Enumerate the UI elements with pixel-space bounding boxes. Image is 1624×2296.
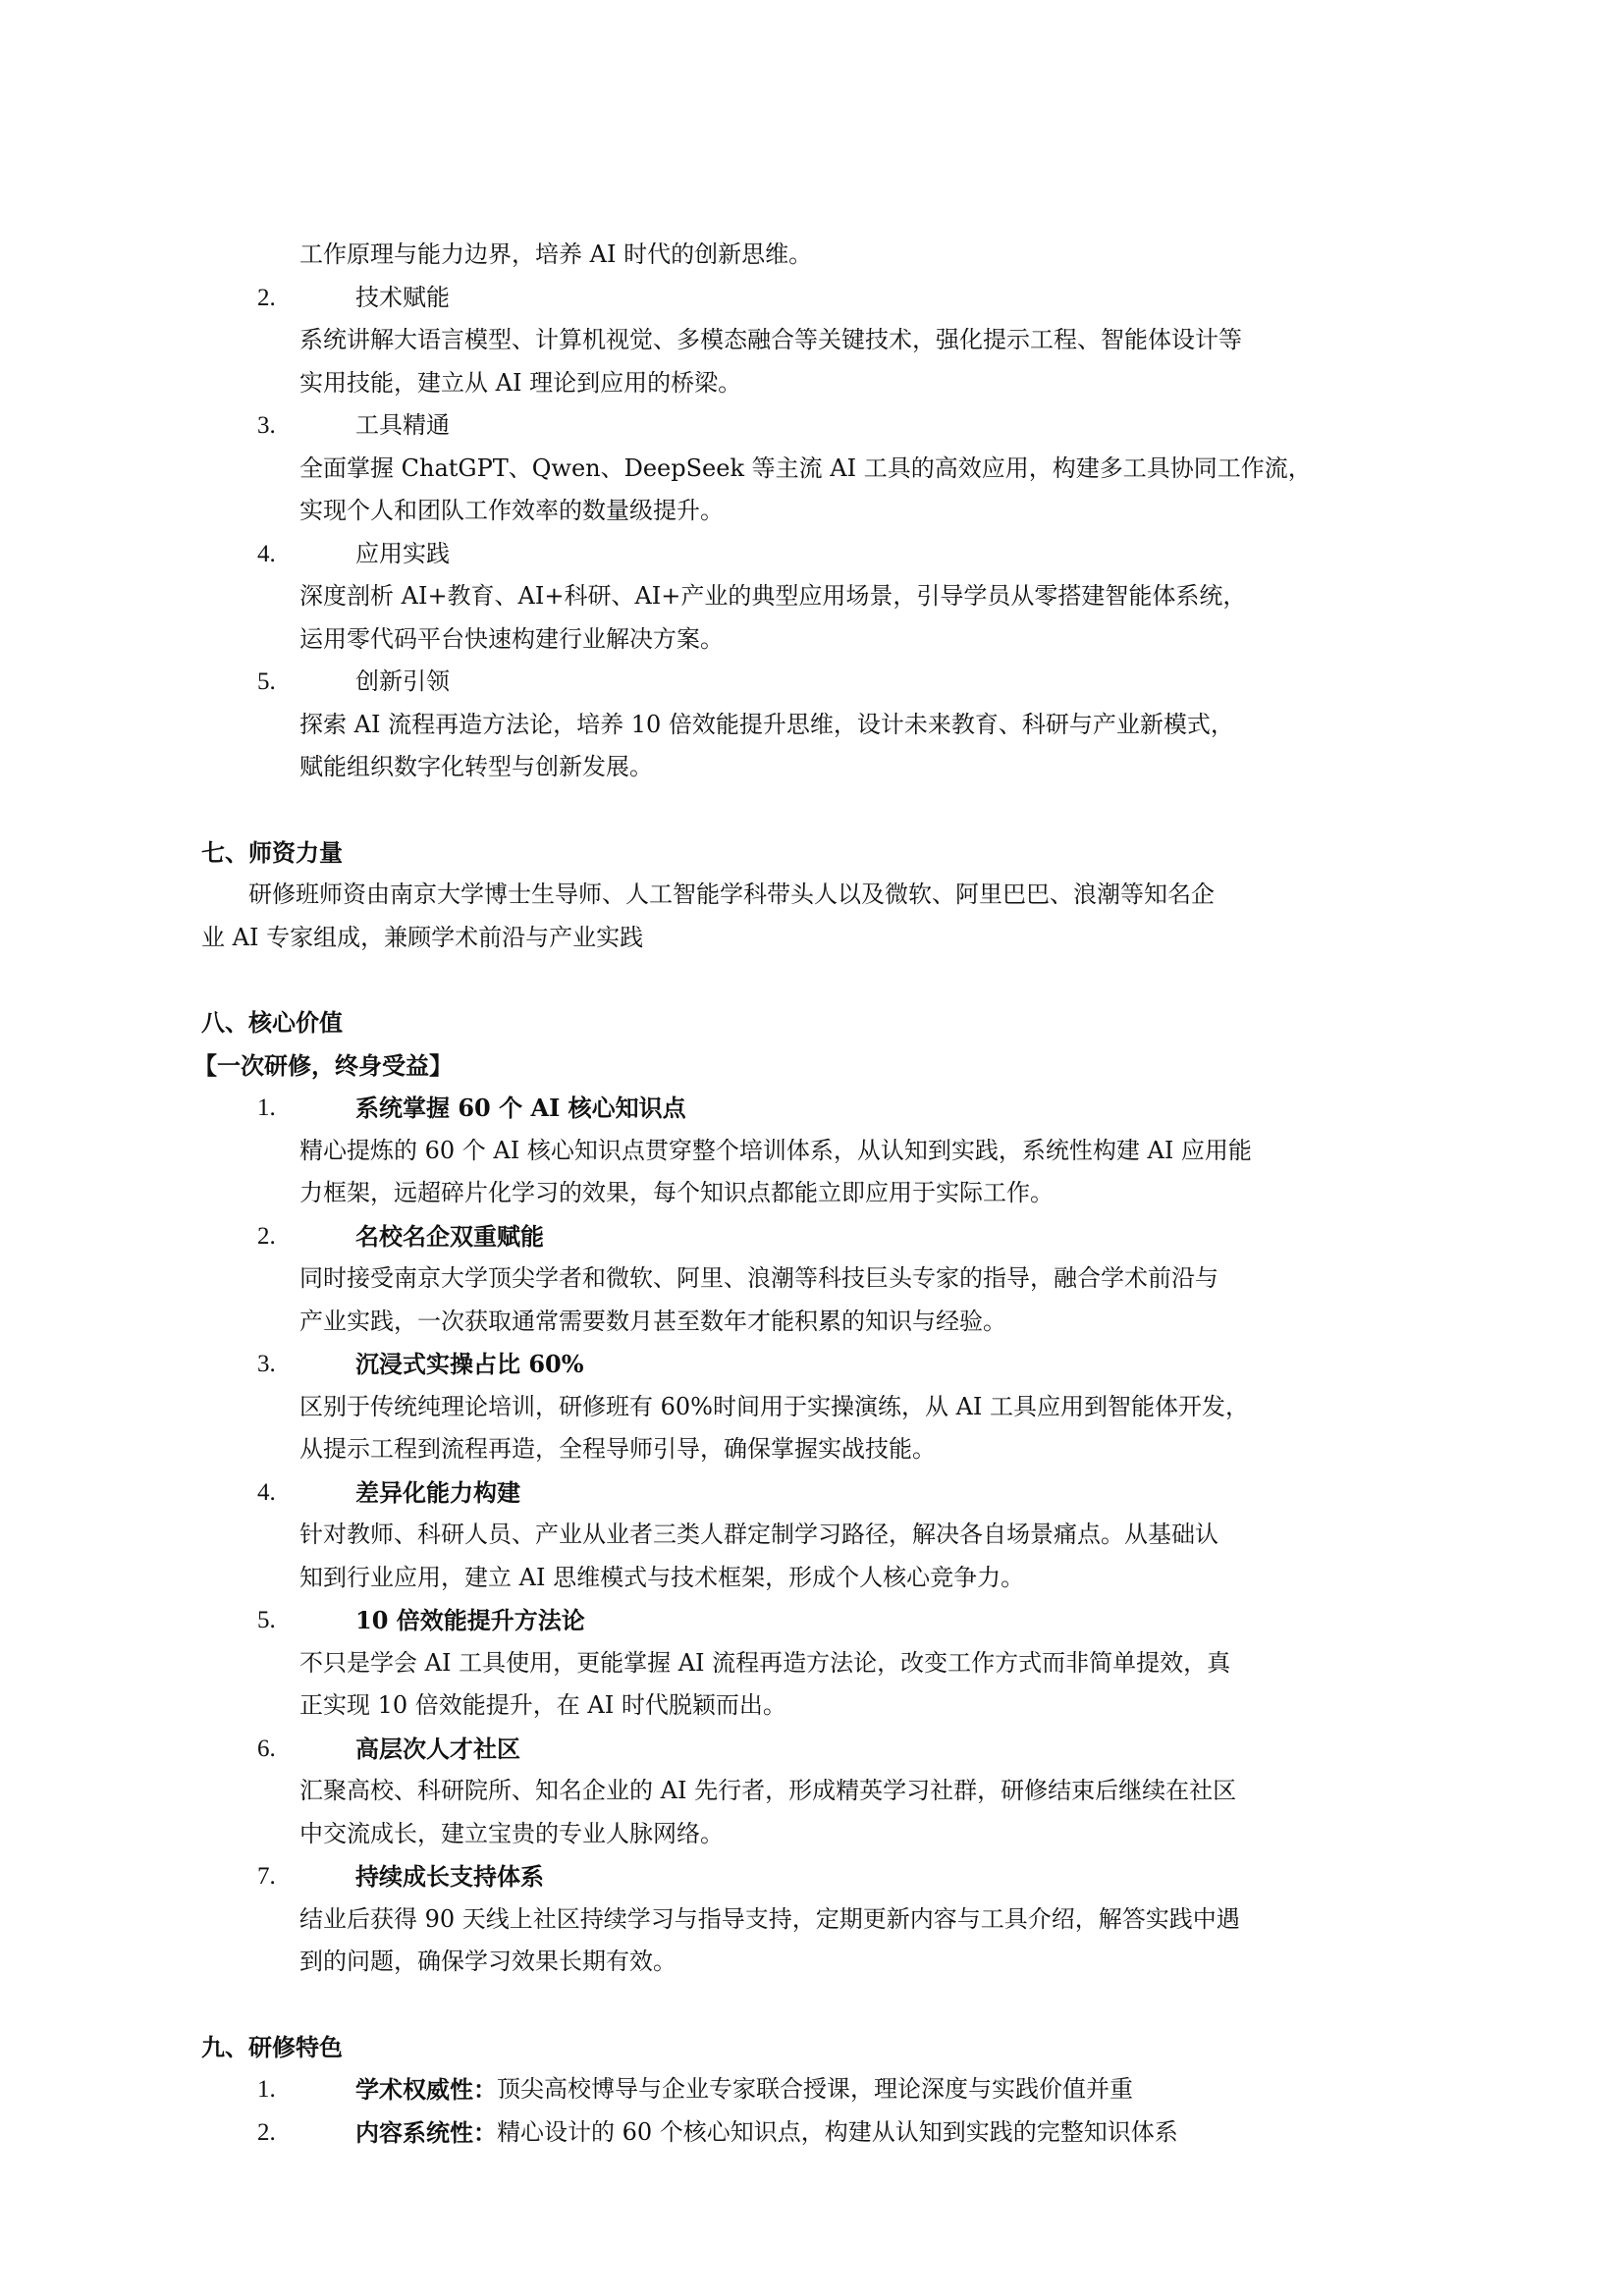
- feature-text: 精心设计的 60 个核心知识点，构建从认知到实践的完整知识体系: [497, 2111, 1178, 2155]
- goals-item: 2. 技术赋能 系统讲解大语言模型、计算机视觉、多模态融合等关键技术，强化提示工…: [201, 277, 1434, 405]
- item-title: 10 倍效能提升方法论: [313, 1599, 585, 1642]
- feature-item: 2. 内容系统性： 精心设计的 60 个核心知识点，构建从认知到实践的完整知识体…: [201, 2111, 1434, 2155]
- item-title: 工具精通: [313, 404, 450, 448]
- feature-label: 学术权威性：: [313, 2068, 497, 2111]
- item-body-line: 到的问题，确保学习效果长期有效。: [201, 1941, 1434, 1984]
- goals-item-header: 5. 创新引领: [201, 661, 1434, 704]
- item-title: 应用实践: [313, 533, 450, 576]
- goals-item: 5. 创新引领 探索 AI 流程再造方法论，培养 10 倍效能提升思维，设计未来…: [201, 661, 1434, 789]
- item-body-line: 中交流成长，建立宝贵的专业人脉网络。: [201, 1813, 1434, 1856]
- value-item-header: 2. 名校名企双重赋能: [201, 1215, 1434, 1258]
- section-faculty: 七、师资力量 研修班师资由南京大学博士生导师、人工智能学科带头人以及微软、阿里巴…: [201, 831, 1434, 960]
- section-subheading: 【一次研修，终身受益】: [193, 1044, 1434, 1088]
- item-body-line: 不只是学会 AI 工具使用，更能掌握 AI 流程再造方法论，改变工作方式而非简单…: [201, 1642, 1434, 1685]
- item-body-line: 探索 AI 流程再造方法论，培养 10 倍效能提升思维，设计未来教育、科研与产业…: [201, 704, 1434, 747]
- item-number: 2.: [201, 1215, 313, 1258]
- item-body-line: 产业实践，一次获取通常需要数月甚至数年才能积累的知识与经验。: [201, 1301, 1434, 1344]
- item-body-line: 力框架，远超碎片化学习的效果，每个知识点都能立即应用于实际工作。: [201, 1172, 1434, 1215]
- document-page: 工作原理与能力边界，培养 AI 时代的创新思维。 2. 技术赋能 系统讲解大语言…: [0, 0, 1624, 2296]
- item-body-line: 从提示工程到流程再造，全程导师引导，确保掌握实战技能。: [201, 1428, 1434, 1471]
- value-item: 5. 10 倍效能提升方法论 不只是学会 AI 工具使用，更能掌握 AI 流程再…: [201, 1599, 1434, 1728]
- value-item: 7. 持续成长支持体系 结业后获得 90 天线上社区持续学习与指导支持，定期更新…: [201, 1855, 1434, 1984]
- item-title: 技术赋能: [313, 277, 450, 320]
- feature-item: 1. 学术权威性： 顶尖高校博导与企业专家联合授课，理论深度与实践价值并重: [201, 2068, 1434, 2111]
- item-number: 4.: [201, 533, 313, 576]
- item-body-line: 精心提炼的 60 个 AI 核心知识点贯穿整个培训体系，从认知到实践，系统性构建…: [201, 1130, 1434, 1173]
- item-number: 4.: [201, 1471, 313, 1515]
- item-body-line: 运用零代码平台快速构建行业解决方案。: [201, 618, 1434, 662]
- item-title: 沉浸式实操占比 60%: [313, 1343, 584, 1386]
- feature-label: 内容系统性：: [313, 2111, 497, 2155]
- value-item-header: 3. 沉浸式实操占比 60%: [201, 1343, 1434, 1386]
- goals-list: 2. 技术赋能 系统讲解大语言模型、计算机视觉、多模态融合等关键技术，强化提示工…: [201, 277, 1434, 789]
- section-heading: 八、核心价值: [201, 1001, 1434, 1044]
- goals-item-header: 2. 技术赋能: [201, 277, 1434, 320]
- item-number: 2.: [201, 277, 313, 320]
- item-title: 高层次人才社区: [313, 1728, 520, 1771]
- item-number: 5.: [201, 1599, 313, 1642]
- item-title: 名校名企双重赋能: [313, 1215, 544, 1258]
- item-title: 差异化能力构建: [313, 1471, 520, 1515]
- item-number: 7.: [201, 1855, 313, 1898]
- item-body-line: 系统讲解大语言模型、计算机视觉、多模态融合等关键技术，强化提示工程、智能体设计等: [201, 319, 1434, 362]
- section-features: 九、研修特色 1. 学术权威性： 顶尖高校博导与企业专家联合授课，理论深度与实践…: [201, 2026, 1434, 2155]
- item-body-line: 实用技能，建立从 AI 理论到应用的桥梁。: [201, 362, 1434, 405]
- item-number: 1.: [201, 2068, 313, 2111]
- goals-item-header: 4. 应用实践: [201, 533, 1434, 576]
- item-number: 3.: [201, 404, 313, 448]
- value-item: 2. 名校名企双重赋能 同时接受南京大学顶尖学者和微软、阿里、浪潮等科技巨头专家…: [201, 1215, 1434, 1344]
- item-title: 系统掌握 60 个 AI 核心知识点: [313, 1087, 686, 1130]
- paragraph-line: 业 AI 专家组成，兼顾学术前沿与产业实践: [201, 917, 1434, 960]
- section-core-value: 八、核心价值 【一次研修，终身受益】 1. 系统掌握 60 个 AI 核心知识点…: [201, 1001, 1434, 1984]
- continued-paragraph-line: 工作原理与能力边界，培养 AI 时代的创新思维。: [201, 234, 1434, 277]
- value-item: 4. 差异化能力构建 针对教师、科研人员、产业从业者三类人群定制学习路径，解决各…: [201, 1471, 1434, 1600]
- value-item-header: 5. 10 倍效能提升方法论: [201, 1599, 1434, 1642]
- value-item-header: 6. 高层次人才社区: [201, 1728, 1434, 1771]
- value-item: 6. 高层次人才社区 汇聚高校、科研院所、知名企业的 AI 先行者，形成精英学习…: [201, 1728, 1434, 1856]
- goals-item: 4. 应用实践 深度剖析 AI+教育、AI+科研、AI+产业的典型应用场景，引导…: [201, 533, 1434, 662]
- item-body-line: 汇聚高校、科研院所、知名企业的 AI 先行者，形成精英学习社群，研修结束后继续在…: [201, 1770, 1434, 1813]
- value-item-header: 4. 差异化能力构建: [201, 1471, 1434, 1515]
- feature-text: 顶尖高校博导与企业专家联合授课，理论深度与实践价值并重: [497, 2068, 1133, 2111]
- goals-item-header: 3. 工具精通: [201, 404, 1434, 448]
- item-body-line: 结业后获得 90 天线上社区持续学习与指导支持，定期更新内容与工具介绍，解答实践…: [201, 1898, 1434, 1942]
- page-content: 工作原理与能力边界，培养 AI 时代的创新思维。 2. 技术赋能 系统讲解大语言…: [201, 234, 1434, 2154]
- item-body-line: 全面掌握 ChatGPT、Qwen、DeepSeek 等主流 AI 工具的高效应…: [201, 448, 1434, 491]
- item-body-line: 知到行业应用，建立 AI 思维模式与技术框架，形成个人核心竞争力。: [201, 1557, 1434, 1600]
- item-title: 持续成长支持体系: [313, 1855, 544, 1898]
- section-heading: 九、研修特色: [201, 2026, 1434, 2069]
- item-number: 6.: [201, 1728, 313, 1771]
- item-body-line: 正实现 10 倍效能提升，在 AI 时代脱颖而出。: [201, 1684, 1434, 1728]
- item-body-line: 实现个人和团队工作效率的数量级提升。: [201, 490, 1434, 533]
- value-item: 3. 沉浸式实操占比 60% 区别于传统纯理论培训，研修班有 60%时间用于实操…: [201, 1343, 1434, 1471]
- item-title: 创新引领: [313, 661, 450, 704]
- value-item-header: 1. 系统掌握 60 个 AI 核心知识点: [201, 1087, 1434, 1130]
- item-number: 5.: [201, 661, 313, 704]
- item-body-line: 深度剖析 AI+教育、AI+科研、AI+产业的典型应用场景，引导学员从零搭建智能…: [201, 575, 1434, 618]
- item-body-line: 赋能组织数字化转型与创新发展。: [201, 746, 1434, 789]
- item-number: 3.: [201, 1343, 313, 1386]
- value-item: 1. 系统掌握 60 个 AI 核心知识点 精心提炼的 60 个 AI 核心知识…: [201, 1087, 1434, 1215]
- section-heading: 七、师资力量: [201, 831, 1434, 875]
- item-body-line: 针对教师、科研人员、产业从业者三类人群定制学习路径，解决各自场景痛点。从基础认: [201, 1514, 1434, 1557]
- paragraph-line: 研修班师资由南京大学博士生导师、人工智能学科带头人以及微软、阿里巴巴、浪潮等知名…: [201, 874, 1434, 917]
- item-body-line: 同时接受南京大学顶尖学者和微软、阿里、浪潮等科技巨头专家的指导，融合学术前沿与: [201, 1257, 1434, 1301]
- goals-item: 3. 工具精通 全面掌握 ChatGPT、Qwen、DeepSeek 等主流 A…: [201, 404, 1434, 533]
- item-number: 2.: [201, 2111, 313, 2155]
- item-body-line: 区别于传统纯理论培训，研修班有 60%时间用于实操演练，从 AI 工具应用到智能…: [201, 1386, 1434, 1429]
- item-number: 1.: [201, 1087, 313, 1130]
- value-item-header: 7. 持续成长支持体系: [201, 1855, 1434, 1898]
